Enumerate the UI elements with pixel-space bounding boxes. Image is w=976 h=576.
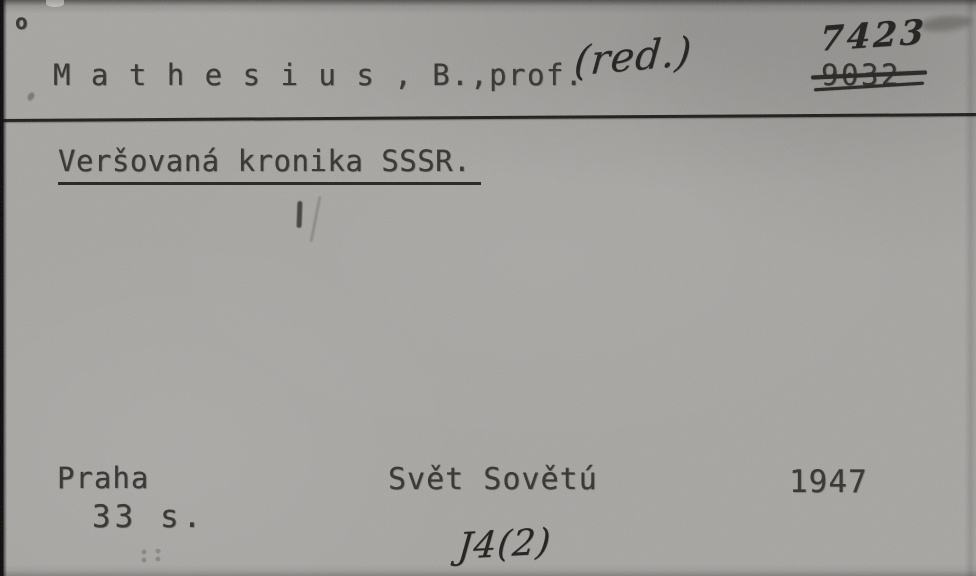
catalog-card: o M a t h e s i u s , B.,prof. (red.) 74… bbox=[0, 0, 976, 576]
paper-speck bbox=[26, 91, 36, 102]
pencil-tick-mark bbox=[297, 201, 302, 228]
pencil-slash-mark bbox=[310, 196, 321, 242]
imprint-publisher: Svět Sovětú bbox=[388, 462, 598, 497]
header-divider-line bbox=[0, 113, 976, 122]
scan-edge-right bbox=[964, 0, 976, 576]
title-text: Veršovaná kronika SSSR. bbox=[58, 144, 481, 185]
imprint-year: 1947 bbox=[789, 464, 868, 500]
smudge-mark bbox=[140, 549, 166, 563]
scan-edge-notch bbox=[46, 0, 64, 7]
handwritten-role-annotation: (red.) bbox=[572, 29, 694, 86]
imprint-extent: 33 s. bbox=[92, 499, 205, 535]
scan-edge-left bbox=[0, 0, 7, 576]
imprint-place: Praha bbox=[57, 461, 149, 495]
handwritten-catalog-number: 7423 bbox=[819, 12, 927, 60]
handwritten-shelf-note: J4(2) bbox=[456, 521, 553, 567]
corner-mark: o bbox=[15, 10, 28, 34]
author-heading: M a t h e s i u s , B.,prof. bbox=[53, 58, 584, 92]
